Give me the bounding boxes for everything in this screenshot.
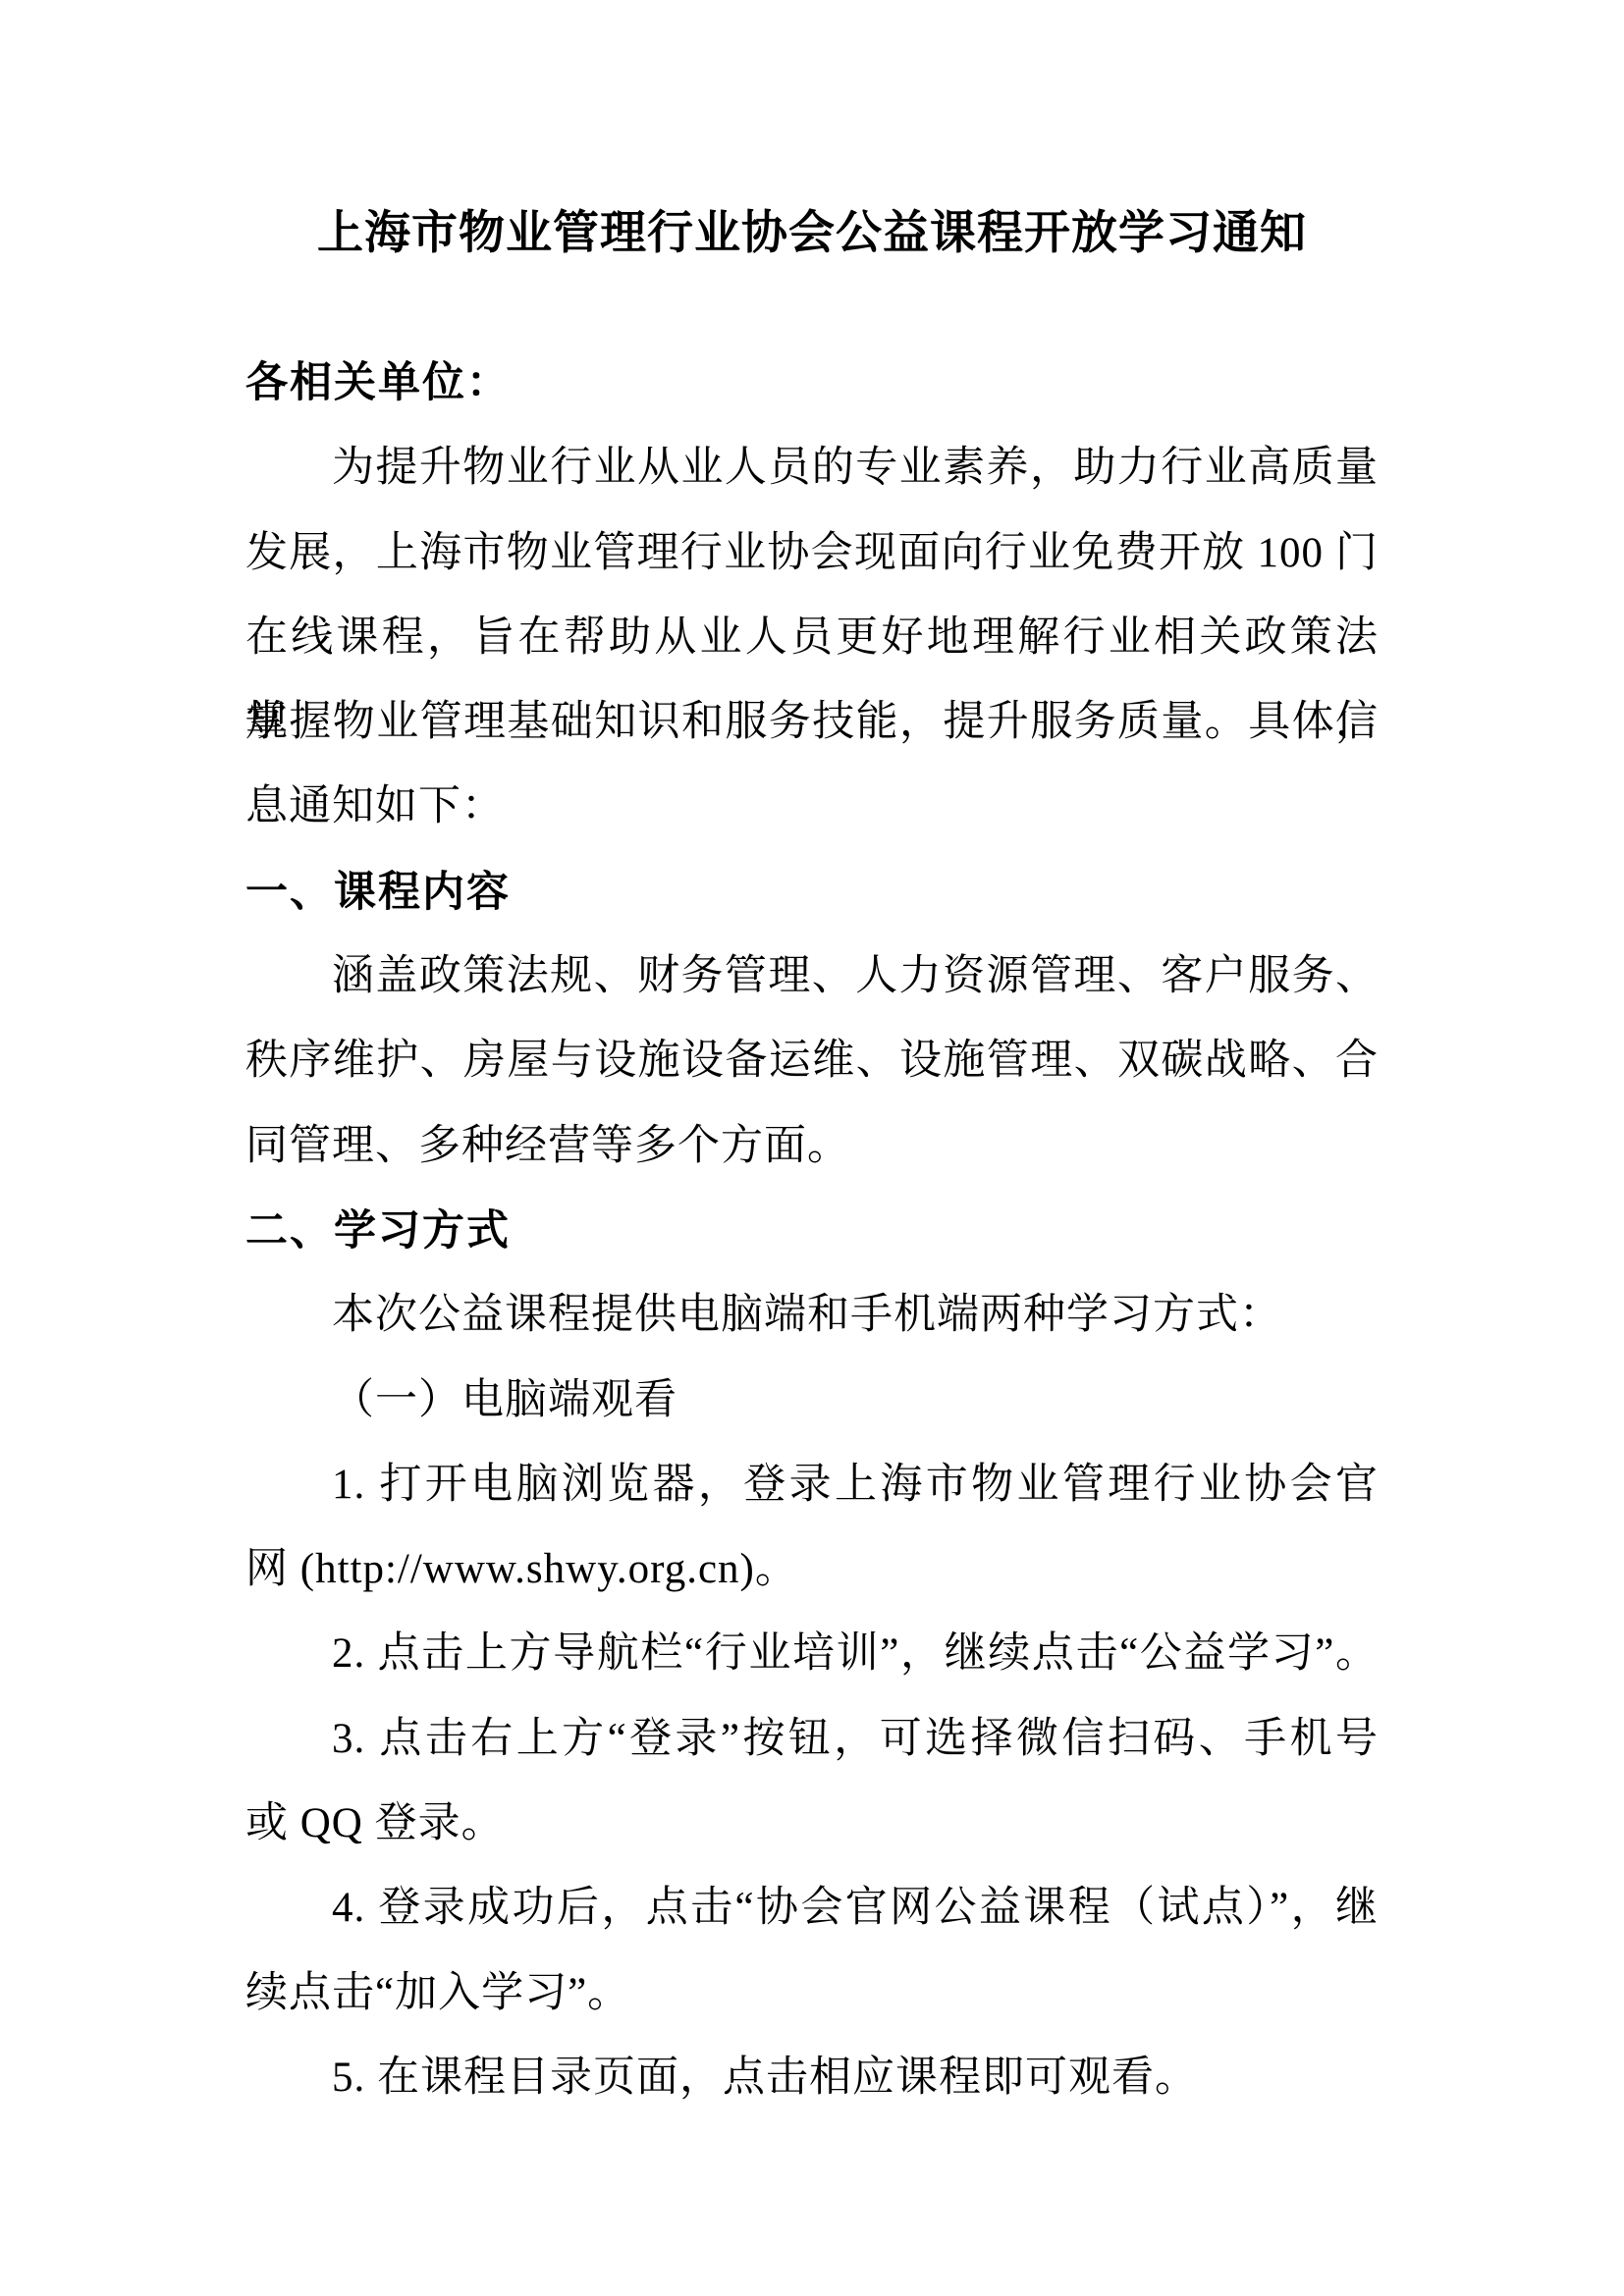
salutation: 各相关单位： [245,342,1379,426]
step-line: 5. 在课程目录页面，点击相应课程即可观看。 [245,2036,1379,2120]
intro-line: 息通知如下： [245,765,1379,849]
document-page: 上海市物业管理行业协会公益课程开放学习通知 各相关单位： 为提升物业行业从业人员… [0,0,1624,2296]
section1-line: 秩序维护、房屋与设施设备运维、设施管理、双碳战略、合 [245,1019,1379,1103]
intro-line: 掌握物业管理基础知识和服务技能，提升服务质量。具体信 [245,680,1379,765]
section-heading-course-content: 一、课程内容 [245,850,1379,934]
document-title: 上海市物业管理行业协会公益课程开放学习通知 [0,190,1624,275]
section-heading-learning-method: 二、学习方式 [245,1189,1379,1273]
step-line: 3. 点击右上方“登录”按钮，可选择微信扫码、手机号 [245,1697,1379,1782]
intro-line: 发展，上海市物业管理行业协会现面向行业免费开放 100 门 [245,511,1379,596]
section1-line: 涵盖政策法规、财务管理、人力资源管理、客户服务、 [245,934,1379,1019]
step-line: 2. 点击上方导航栏“行业培训”，继续点击“公益学习”。 [245,1612,1379,1696]
document-body: 各相关单位： 为提升物业行业从业人员的专业素养，助力行业高质量 发展，上海市物业… [245,342,1379,2120]
step-line: 续点击“加入学习”。 [245,1951,1379,2036]
section2-intro-line: 本次公益课程提供电脑端和手机端两种学习方式： [245,1273,1379,1358]
subsection-heading-pc-viewing: （一）电脑端观看 [245,1359,1379,1443]
step-line: 或 QQ 登录。 [245,1782,1379,1866]
section1-line: 同管理、多种经营等多个方面。 [245,1104,1379,1189]
intro-line: 为提升物业行业从业人员的专业素养，助力行业高质量 [245,426,1379,510]
step-line-url: 网 (http://www.shwy.org.cn)。 [245,1527,1379,1612]
step-line: 1. 打开电脑浏览器，登录上海市物业管理行业协会官 [245,1443,1379,1527]
step-line: 4. 登录成功后，点击“协会官网公益课程（试点）”，继 [245,1866,1379,1950]
intro-line: 在线课程，旨在帮助从业人员更好地理解行业相关政策法规， [245,596,1379,680]
